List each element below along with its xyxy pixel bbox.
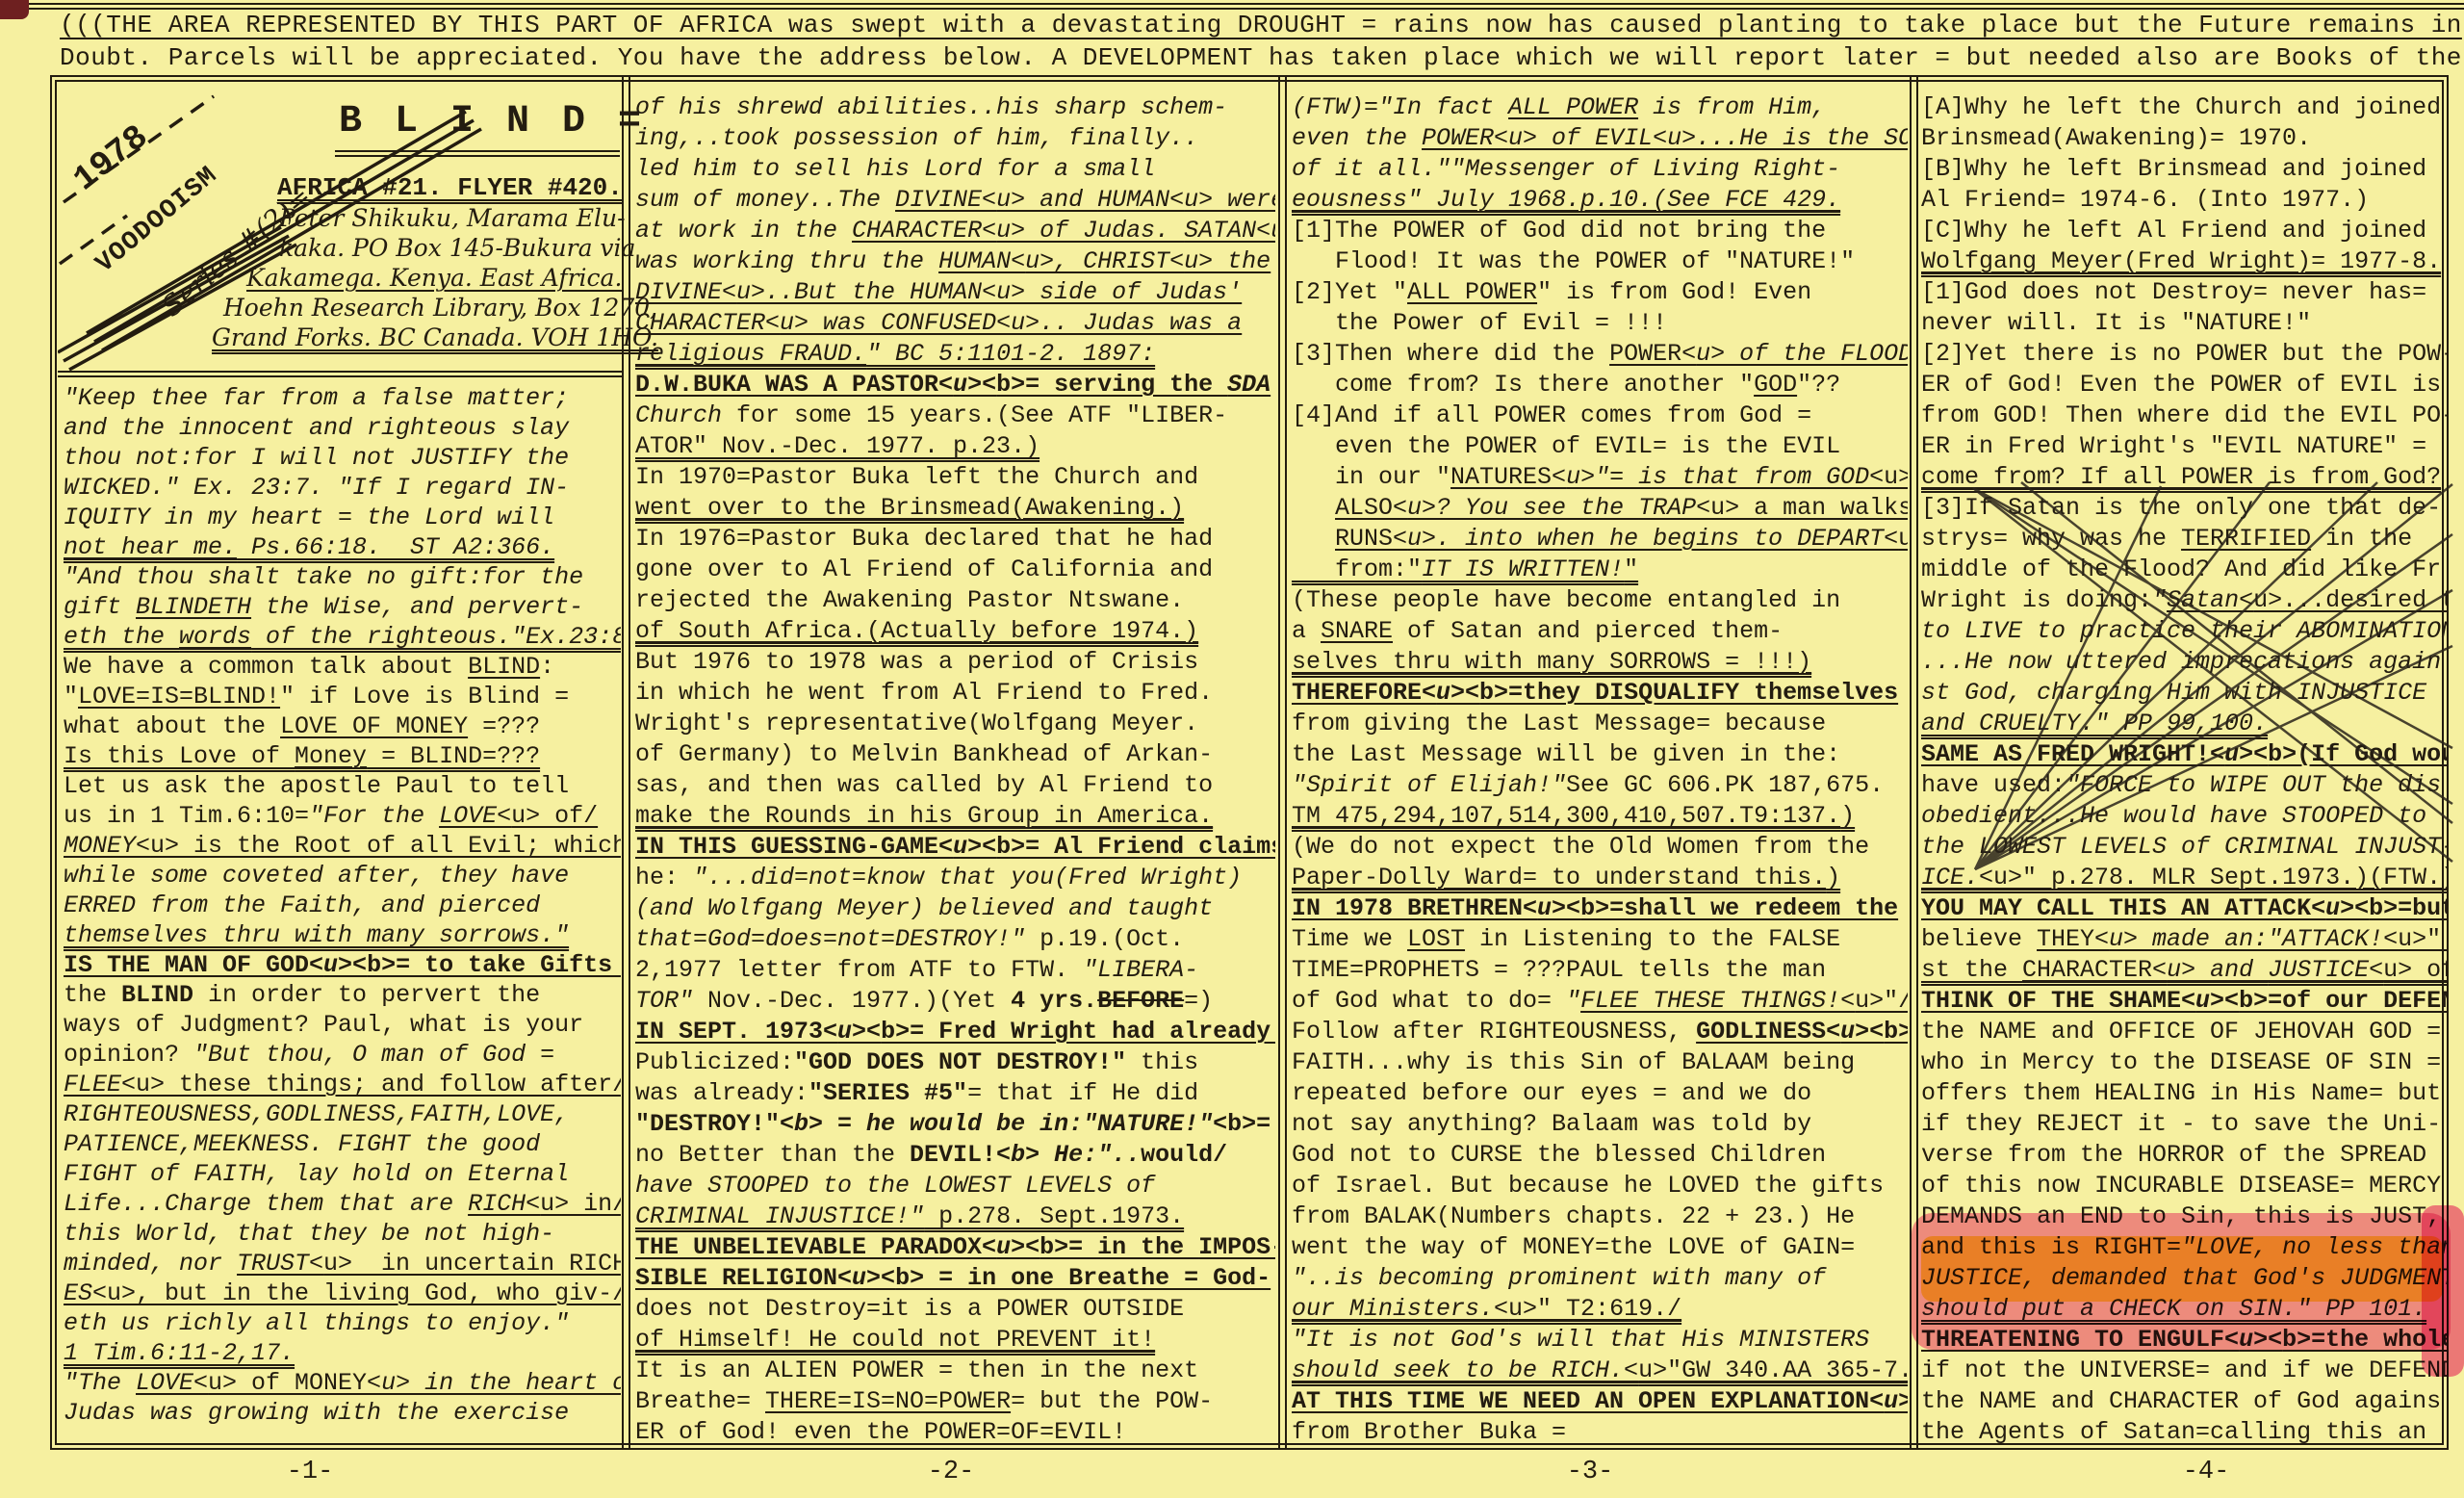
text-line: ATOR" Nov.-Dec. 1977. p.23.): [635, 431, 1275, 462]
text-line: ER of God! even the POWER=OF=EVIL!: [635, 1417, 1275, 1448]
text-line: should seek to be RICH.<u>"GW 340.AA 365…: [1292, 1356, 1908, 1386]
text-line: IN 1978 BRETHREN<u><b>=shall we redeem t…: [1292, 893, 1908, 924]
text-line: AT THIS TIME WE NEED AN OPEN EXPLANATION…: [1292, 1386, 1908, 1417]
address-line: Grand Forks. BC Canada. VOH 1HO.: [212, 323, 658, 351]
text-line: not hear me. Ps.66:18. ST A2:366.: [64, 532, 621, 562]
text-line: the NAME and OFFICE OF JEHOVAH GOD =: [1921, 1017, 2448, 1047]
text-line: went the way of MONEY=the LOVE of GAIN=: [1292, 1232, 1908, 1263]
text-column-2: of his shrewd abilities..his sharp schem…: [635, 92, 1275, 1450]
column-divider-3: [1910, 77, 1918, 1448]
text-line: he: "...did=not=know that you(Fred Wrigh…: [635, 863, 1275, 893]
text-line: never will. It is "NATURE!": [1921, 308, 2448, 339]
text-line: RUNS<u>. into when he begins to DEPART<u…: [1292, 524, 1908, 555]
text-line: THE UNBELIEVABLE PARADOX<u><b>= in the I…: [635, 1232, 1275, 1263]
text-line: went over to the Brinsmead(Awakening.): [635, 493, 1275, 524]
page-number-4: -4-: [2168, 1458, 2245, 1486]
text-line: from giving the Last Message= because: [1292, 709, 1908, 739]
text-line: us in 1 Tim.6:10="For the LOVE<u> of/: [64, 801, 621, 831]
text-line: FLEE<u> these things; and follow after/: [64, 1070, 621, 1099]
text-line: ing,..took possession of him, finally..: [635, 123, 1275, 154]
text-line: Let us ask the apostle Paul to tell: [64, 771, 621, 801]
text-line: ES<u>, but in the living God, who giv-/: [64, 1278, 621, 1308]
text-line: DEMANDS an END to Sin, this is JUST,: [1921, 1201, 2448, 1232]
page-number-2: -2-: [912, 1458, 989, 1486]
text-line: Follow after RIGHTEOUSNESS, GODLINESS<u>…: [1292, 1017, 1908, 1047]
text-line: PATIENCE,MEEKNESS. FIGHT the good: [64, 1129, 621, 1159]
text-line: was working thru the HUMAN<u>, CHRIST<u>…: [635, 246, 1275, 277]
text-line: minded, nor TRUST<u> in uncertain RICH-<…: [64, 1249, 621, 1278]
text-line: JUSTICE, demanded that God's JUDGMENT: [1921, 1263, 2448, 1294]
text-line: [A]Why he left the Church and joined: [1921, 92, 2448, 123]
text-line: if not the UNIVERSE= and if we DEFEND: [1921, 1356, 2448, 1386]
text-line: while some coveted after, they have: [64, 861, 621, 891]
address-line: Kakamega. Kenya. East Africa.: [246, 264, 622, 292]
text-line: But 1976 to 1978 was a period of Crisis: [635, 647, 1275, 678]
text-line: SIBLE RELIGION<u><b> = in one Breathe = …: [635, 1263, 1275, 1294]
text-line: ERRED from the Faith, and pierced: [64, 891, 621, 920]
text-line: [3]Then where did the POWER<u> of the FL…: [1292, 339, 1908, 370]
text-line: if they REJECT it - to save the Uni-: [1921, 1109, 2448, 1140]
text-line: THREATENING TO ENGULF<u><b>=the whole Wo…: [1921, 1325, 2448, 1356]
text-line: of South Africa.(Actually before 1974.): [635, 616, 1275, 647]
text-line: Wright's representative(Wolfgang Meyer.: [635, 709, 1275, 739]
text-line: religious FRAUD." BC 5:1101-2. 1897:: [635, 339, 1275, 370]
text-line: repeated before our eyes = and we do: [1292, 1078, 1908, 1109]
text-line: even the POWER<u> of EVIL<u>...He is the…: [1292, 123, 1908, 154]
text-line: of his shrewd abilities..his sharp schem…: [635, 92, 1275, 123]
masthead: 1978 VOODOOISM Series #(2)= B L I N D = …: [58, 92, 622, 377]
text-line: make the Rounds in his Group in America.: [635, 801, 1275, 832]
text-line: ER in Fred Wright's "EVIL NATURE" =: [1921, 431, 2448, 462]
text-line: that=God=does=not=DESTROY!" p.19.(Oct.: [635, 924, 1275, 955]
text-line: (FTW)="In fact ALL POWER is from Him,: [1292, 92, 1908, 123]
text-line: Flood! It was the POWER of "NATURE!": [1292, 246, 1908, 277]
text-line: IS THE MAN OF GOD<u><b>= to take Gifts f…: [64, 950, 621, 980]
text-line: at work in the CHARACTER<u> of Judas. SA…: [635, 216, 1275, 246]
text-line: IQUITY in my heart = the Lord will: [64, 503, 621, 532]
text-line: FIGHT of FAITH, lay hold on Eternal: [64, 1159, 621, 1189]
text-line: TM 475,294,107,514,300,410,507.T9:137.): [1292, 801, 1908, 832]
text-line: a SNARE of Satan and pierced them-: [1292, 616, 1908, 647]
column-divider-2: [1278, 77, 1287, 1448]
text-line: eth the words of the righteous."Ex.23:8.: [64, 622, 621, 652]
text-line: [2]Yet "ALL POWER" is from God! Even: [1292, 277, 1908, 308]
text-line: Breathe= THERE=IS=NO=POWER= but the POW-: [635, 1386, 1275, 1417]
address-line: Hoehn Research Library, Box 1270,: [223, 294, 657, 322]
text-line: believe THEY<u> made an:"ATTACK!<u>" aga…: [1921, 924, 2448, 955]
text-line: Wolfgang Meyer(Fred Wright)= 1977-8.: [1921, 246, 2448, 277]
text-line: Al Friend= 1974-6. (Into 1977.): [1921, 185, 2448, 216]
text-line: "DESTROY!"<b> = he would be in:"NATURE!"…: [635, 1109, 1275, 1140]
text-line: and the innocent and righteous slay: [64, 413, 621, 443]
text-line: Brinsmead(Awakening)= 1970.: [1921, 123, 2448, 154]
text-line: FAITH...why is this Sin of BALAAM being: [1292, 1047, 1908, 1078]
text-line: (and Wolfgang Meyer) believed and taught: [635, 893, 1275, 924]
text-line: "Keep thee far from a false matter;: [64, 383, 621, 413]
text-line: Publicized:"GOD DOES NOT DESTROY!" this: [635, 1047, 1275, 1078]
text-line: CRIMINAL INJUSTICE!" p.278. Sept.1973.: [635, 1201, 1275, 1232]
text-line: "It is not God's will that His MINISTERS: [1292, 1325, 1908, 1356]
text-line: st the CHARACTER<u> and JUSTICE<u> of Go…: [1921, 955, 2448, 986]
text-line: from:"IT IS WRITTEN!": [1292, 555, 1908, 585]
text-line: come from? Is there another "GOD"??: [1292, 370, 1908, 400]
top-rule: [0, 3, 2464, 10]
text-line: "LOVE=IS=BLIND!" if Love is Blind =: [64, 682, 621, 711]
text-line: Church for some 15 years.(See ATF "LIBER…: [635, 400, 1275, 431]
text-line: ALSO<u>? You see the TRAP<u> a man walks…: [1292, 493, 1908, 524]
text-line: in which he went from Al Friend to Fred.: [635, 678, 1275, 709]
text-line: from BALAK(Numbers chapts. 22 + 23.) He: [1292, 1201, 1908, 1232]
text-line: of Israel. But because he LOVED the gift…: [1292, 1171, 1908, 1201]
text-line: Time we LOST in Listening to the FALSE: [1292, 924, 1908, 955]
text-line: themselves thru with many sorrows.": [64, 920, 621, 950]
text-line: "And thou shalt take no gift:for the: [64, 562, 621, 592]
page-number-1: -1-: [271, 1458, 348, 1486]
text-line: no Better than the DEVIL!<b> He:"..would…: [635, 1140, 1275, 1171]
text-line: and this is RIGHT="LOVE, no less than: [1921, 1232, 2448, 1263]
text-line: our Ministers.<u>" T2:619./: [1292, 1294, 1908, 1325]
text-line: of it all.""Messenger of Living Right-: [1292, 154, 1908, 185]
scanned-flyer-page: { "banner": { "line1": "(((THE AREA REPR…: [0, 0, 2464, 1498]
text-line: ER of God! Even the POWER of EVIL is: [1921, 370, 2448, 400]
text-line: of Germany) to Melvin Bankhead of Arkan-: [635, 739, 1275, 770]
title-rule: [335, 150, 620, 157]
text-line: TOR" Nov.-Dec. 1977.)(Yet 4 yrs.BEFORE=): [635, 986, 1275, 1017]
text-line: offers them HEALING in His Name= but: [1921, 1078, 2448, 1109]
text-line: Life...Charge them that are RICH<u> in/: [64, 1189, 621, 1219]
banner-line-2: Doubt. Parcels will be appreciated. You …: [60, 43, 2458, 72]
text-line: in our "NATURES<u>"= is that from GOD<u>: [1292, 462, 1908, 493]
text-line: should put a CHECK on SIN." PP 101.: [1921, 1294, 2448, 1325]
text-line: 1 Tim.6:11-2,17.: [64, 1338, 621, 1368]
text-line: selves thru with many SORROWS = !!!): [1292, 647, 1908, 678]
text-line: IN THIS GUESSING-GAME<u><b>= Al Friend c…: [635, 832, 1275, 863]
column-divider-1: [622, 77, 630, 1448]
text-line: D.W.BUKA WAS A PASTOR<u><b>= serving the…: [635, 370, 1275, 400]
text-line: Judas was growing with the exercise: [64, 1398, 621, 1428]
text-line: who in Mercy to the DISEASE OF SIN =: [1921, 1047, 2448, 1078]
text-line: 2,1977 letter from ATF to FTW. "LIBERA-: [635, 955, 1275, 986]
text-line: RIGHTEOUSNESS,GODLINESS,FAITH,LOVE,: [64, 1099, 621, 1129]
text-line: [B]Why he left Brinsmead and joined: [1921, 154, 2448, 185]
text-line: [1]The POWER of God did not bring the: [1292, 216, 1908, 246]
text-line: from Brother Buka =: [1292, 1417, 1908, 1448]
text-line: even the POWER of EVIL= is the EVIL: [1292, 431, 1908, 462]
text-line: (We do not expect the Old Women from the: [1292, 832, 1908, 863]
text-line: YOU MAY CALL THIS AN ATTACK<u><b>=but we: [1921, 893, 2448, 924]
text-line: ways of Judgment? Paul, what is your: [64, 1010, 621, 1040]
text-line: not say anything? Balaam was told by: [1292, 1109, 1908, 1140]
text-line: sas, and then was called by Al Friend to: [635, 770, 1275, 801]
text-line: from GOD! Then where did the EVIL PO-: [1921, 400, 2448, 431]
text-line: DIVINE<u>..But the HUMAN<u> side of Juda…: [635, 277, 1275, 308]
text-line: Is this Love of Money = BLIND=???: [64, 741, 621, 771]
text-line: TIME=PROPHETS = ???PAUL tells the man: [1292, 955, 1908, 986]
text-line: [1]God does not Destroy= never has=: [1921, 277, 2448, 308]
text-line: sum of money..The DIVINE<u> and HUMAN<u>…: [635, 185, 1275, 216]
address-line: kaka. PO Box 145-Bukura via: [279, 234, 635, 262]
text-line: "The LOVE<u> of MONEY<u> in the heart of: [64, 1368, 621, 1398]
text-line: We have a common talk about BLIND:: [64, 652, 621, 682]
text-line: opinion? "But thou, O man of God =: [64, 1040, 621, 1070]
text-line: MONEY<u> is the Root of all Evil; which/: [64, 831, 621, 861]
address-line: Peter Shikuku, Marama Elu-: [279, 204, 626, 232]
text-line: THEREFORE<u><b>=they DISQUALIFY themselv…: [1292, 678, 1908, 709]
text-line: of Himself! He could not PREVENT it!: [635, 1325, 1275, 1356]
text-line: THINK OF THE SHAME<u><b>=of our DEFENSE …: [1921, 986, 2448, 1017]
text-line: "..is becoming prominent with many of: [1292, 1263, 1908, 1294]
text-line: IN SEPT. 1973<u><b>= Fred Wright had alr…: [635, 1017, 1275, 1047]
text-line: In 1976=Pastor Buka declared that he had: [635, 524, 1275, 555]
text-line: gift BLINDETH the Wise, and pervert-: [64, 592, 621, 622]
page-number-3: -3-: [1552, 1458, 1629, 1486]
corner-mark: [0, 0, 29, 19]
text-line: does not Destroy=it is a POWER OUTSIDE: [635, 1294, 1275, 1325]
pen-scribble-lines: [1963, 477, 2464, 881]
text-line: [2]Yet there is no POWER but the POW-: [1921, 339, 2448, 370]
text-line: rejected the Awakening Pastor Ntswane.: [635, 585, 1275, 616]
text-column-1: "Keep thee far from a false matter;and t…: [64, 383, 621, 1434]
text-line: eth us richly all things to enjoy.": [64, 1308, 621, 1338]
text-line: In 1970=Pastor Buka left the Church and: [635, 462, 1275, 493]
text-column-3: (FTW)="In fact ALL POWER is from Him,eve…: [1292, 92, 1908, 1450]
text-line: the NAME and CHARACTER of God agains: [1921, 1386, 2448, 1417]
text-line: of God what to do= "FLEE THESE THINGS!<u…: [1292, 986, 1908, 1017]
text-line: Paper-Dolly Ward= to understand this.): [1292, 863, 1908, 893]
text-line: the Last Message will be given in the:: [1292, 739, 1908, 770]
text-line: God not to CURSE the blessed Children: [1292, 1140, 1908, 1171]
text-line: what about the LOVE OF MONEY =???: [64, 711, 621, 741]
text-line: CHARACTER<u> was CONFUSED<u>.. Judas was…: [635, 308, 1275, 339]
text-line: thou not:for I will not JUSTIFY the: [64, 443, 621, 473]
text-line: led him to sell his Lord for a small: [635, 154, 1275, 185]
text-line: [4]And if all POWER comes from God =: [1292, 400, 1908, 431]
text-line: [C]Why he left Al Friend and joined: [1921, 216, 2448, 246]
text-line: was already:"SERIES #5"= that if He did: [635, 1078, 1275, 1109]
text-line: (These people have become entangled in: [1292, 585, 1908, 616]
flyer-number: AFRICA #21. FLYER #420.: [277, 173, 623, 202]
text-line: verse from the HORROR of the SPREAD: [1921, 1140, 2448, 1171]
text-line: the Agents of Satan=calling this an: [1921, 1417, 2448, 1448]
text-line: the BLIND in order to pervert the: [64, 980, 621, 1010]
page-title: B L I N D =: [339, 100, 646, 143]
banner-line-1: (((THE AREA REPRESENTED BY THIS PART OF …: [60, 11, 2458, 39]
text-line: have STOOPED to the LOWEST LEVELS of: [635, 1171, 1275, 1201]
text-line: WICKED." Ex. 23:7. "If I regard IN-: [64, 473, 621, 503]
text-line: this World, that they be not high-: [64, 1219, 621, 1249]
text-line: "Spirit of Elijah!"See GC 606.PK 187,675…: [1292, 770, 1908, 801]
text-line: gone over to Al Friend of California and: [635, 555, 1275, 585]
text-line: eousness" July 1968.p.10.(See FCE 429.: [1292, 185, 1908, 216]
text-line: It is an ALIEN POWER = then in the next: [635, 1356, 1275, 1386]
text-line: of this now INCURABLE DISEASE= MERCY: [1921, 1171, 2448, 1201]
text-line: the Power of Evil = !!!: [1292, 308, 1908, 339]
